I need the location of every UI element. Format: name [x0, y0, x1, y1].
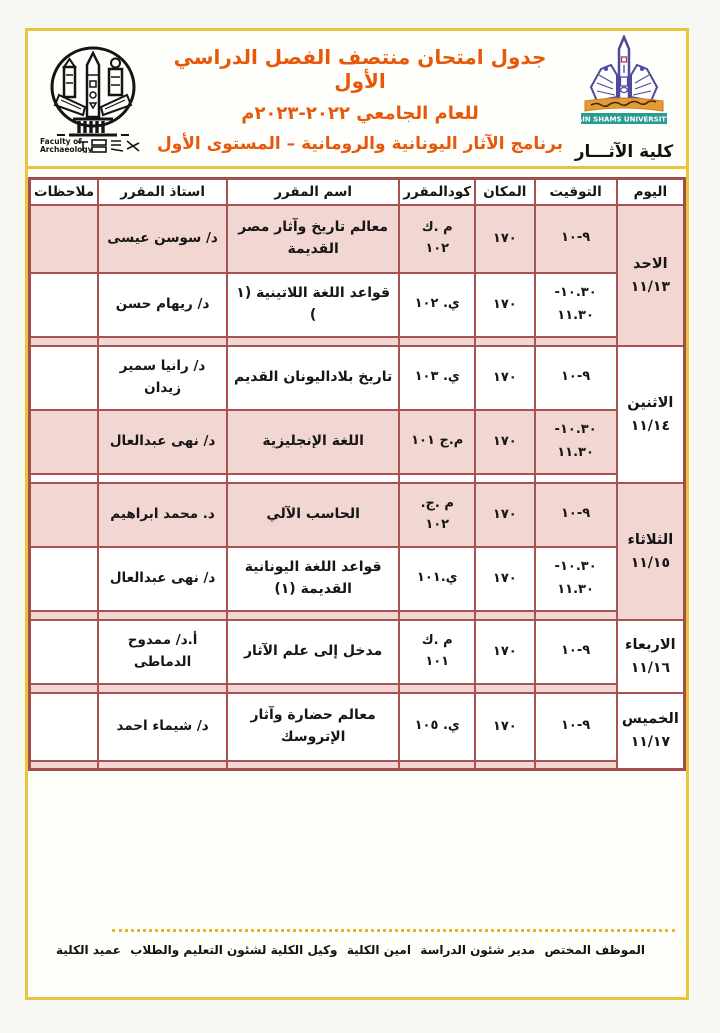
- table-row: الثلاثاء ١١/١٥ ٩-١٠ ١٧٠ م .ج. ١٠٢ الحاسب…: [30, 483, 685, 547]
- cell-time: ٩-١٠: [535, 620, 617, 684]
- col-header-notes: ملاحظات: [30, 179, 99, 205]
- cell-notes: [30, 693, 99, 761]
- cell-time: ٩-١٠: [535, 346, 617, 410]
- cell-course-code: ي. ١٠٣: [399, 346, 475, 410]
- faculty-logo-emblem-icon: Faculty of Archaeology: [39, 45, 147, 153]
- separator-row: [30, 337, 685, 346]
- cell-notes: [30, 205, 99, 273]
- cell-notes: [30, 346, 99, 410]
- day-date: ١١/١٧: [621, 734, 680, 750]
- title-exam-schedule: جدول امتحان منتصف الفصل الدراسي الأول: [152, 45, 568, 93]
- col-header-day: اليوم: [617, 179, 685, 205]
- separator-row: [30, 474, 685, 483]
- cell-professor: د/ رانيا سمير زيدان: [98, 346, 227, 410]
- day-date: ١١/١٤: [621, 418, 680, 434]
- cell-place: ١٧٠: [475, 273, 534, 337]
- cell-professor: د/ نهى عبدالعال: [98, 547, 227, 611]
- exam-schedule-table: اليوم التوقيت المكان كودالمقرر اسم المقر…: [28, 177, 686, 771]
- table-row: الاحد ١١/١٣ ٩-١٠ ١٧٠ م .ك ١٠٢ معالم تاري…: [30, 205, 685, 273]
- day-cell-thursday: الخميس ١١/١٧: [617, 693, 685, 770]
- col-header-place: المكان: [475, 179, 534, 205]
- document-titles: جدول امتحان منتصف الفصل الدراسي الأول لل…: [152, 43, 568, 154]
- cell-time: ٩-١٠: [535, 205, 617, 273]
- day-cell-wednesday: الاربعاء ١١/١٦: [617, 620, 685, 693]
- cell-course-code: ي.١٠١: [399, 547, 475, 611]
- cell-course-name: مدخل إلى علم الآثار: [227, 620, 399, 684]
- cell-place: ١٧٠: [475, 693, 534, 761]
- day-cell-tuesday: الثلاثاء ١١/١٥: [617, 483, 685, 620]
- table-row: الخميس ١١/١٧ ٩-١٠ ١٧٠ ي. ١٠٥ معالم حضارة…: [30, 693, 685, 761]
- table-row: ١٠.٣٠- ١١.٣٠ ١٧٠ ي.١٠١ قواعد اللغة اليون…: [30, 547, 685, 611]
- cell-course-name: قواعد اللغة اليونانية القديمة (١): [227, 547, 399, 611]
- cell-course-code: م .ج. ١٠٢: [399, 483, 475, 547]
- cell-professor: د/ شيماء احمد: [98, 693, 227, 761]
- cell-course-code: ي. ١٠٢: [399, 273, 475, 337]
- signature-vice-dean-education: وكيل الكلية لشئون التعليم والطلاب: [130, 943, 337, 957]
- cell-place: ١٧٠: [475, 483, 534, 547]
- ain-shams-emblem-icon: AIN SHAMS UNIVERSITY: [575, 35, 673, 137]
- signature-labels-row: الموظف المختص مدير شئون الدراسة امين الك…: [34, 932, 680, 957]
- cell-time: ١٠.٣٠- ١١.٣٠: [535, 547, 617, 611]
- cell-course-code: م.ج ١٠١: [399, 410, 475, 474]
- cell-time: ٩-١٠: [535, 693, 617, 761]
- svg-text:AIN SHAMS UNIVERSITY: AIN SHAMS UNIVERSITY: [577, 116, 672, 124]
- cell-professor: د/ ريهام حسن: [98, 273, 227, 337]
- table-row: ١٠.٣٠- ١١.٣٠ ١٧٠ م.ج ١٠١ اللغة الإنجليزي…: [30, 410, 685, 474]
- cell-course-name: الحاسب الآلي: [227, 483, 399, 547]
- cell-place: ١٧٠: [475, 410, 534, 474]
- table-row: الاثنين ١١/١٤ ٩-١٠ ١٧٠ ي. ١٠٣ تاريخ بلاد…: [30, 346, 685, 410]
- day-name: الخميس: [622, 711, 679, 727]
- signature-dean: عميد الكلية: [56, 943, 121, 957]
- cell-time: ٩-١٠: [535, 483, 617, 547]
- svg-text:Archaeology: Archaeology: [40, 145, 93, 153]
- faculty-name-arabic: كلية الآثـــار: [568, 142, 680, 162]
- cell-course-name: قواعد اللغة اللاتينية (١ ): [227, 273, 399, 337]
- footer-section: الموظف المختص مدير شئون الدراسة امين الك…: [28, 929, 686, 957]
- day-date: ١١/١٦: [621, 660, 680, 676]
- cell-course-code: ي. ١٠٥: [399, 693, 475, 761]
- table-row: الاربعاء ١١/١٦ ٩-١٠ ١٧٠ م .ك ١٠١ مدخل إل…: [30, 620, 685, 684]
- cell-course-name: معالم حضارة وآثار الإتروسك: [227, 693, 399, 761]
- signature-faculty-secretary: امين الكلية: [347, 943, 411, 957]
- day-date: ١١/١٥: [621, 555, 680, 571]
- cell-notes: [30, 483, 99, 547]
- day-date: ١١/١٣: [621, 279, 680, 295]
- separator-row: [30, 684, 685, 693]
- day-name: الثلاثاء: [628, 532, 674, 548]
- cell-course-code: م .ك ١٠٢: [399, 205, 475, 273]
- day-name: الاثنين: [627, 395, 673, 411]
- cell-professor: د/ نهى عبدالعال: [98, 410, 227, 474]
- col-header-code: كودالمقرر: [399, 179, 475, 205]
- day-cell-monday: الاثنين ١١/١٤: [617, 346, 685, 483]
- cell-place: ١٧٠: [475, 547, 534, 611]
- cell-professor: د. محمد ابراهيم: [98, 483, 227, 547]
- cell-notes: [30, 273, 99, 337]
- cell-notes: [30, 410, 99, 474]
- cell-time: ١٠.٣٠- ١١.٣٠: [535, 410, 617, 474]
- separator-row: [30, 611, 685, 620]
- day-name: الاحد: [633, 256, 668, 272]
- cell-course-code: م .ك ١٠١: [399, 620, 475, 684]
- cell-course-name: تاريخ بلاداليونان القديم: [227, 346, 399, 410]
- table-row: ١٠.٣٠- ١١.٣٠ ١٧٠ ي. ١٠٢ قواعد اللغة اللا…: [30, 273, 685, 337]
- cell-place: ١٧٠: [475, 205, 534, 273]
- signature-competent-employee: الموظف المختص: [544, 943, 645, 957]
- cell-course-name: اللغة الإنجليزية: [227, 410, 399, 474]
- separator-row: [30, 761, 685, 770]
- signature-director-of-studies: مدير شئون الدراسة: [420, 943, 535, 957]
- cell-place: ١٧٠: [475, 620, 534, 684]
- table-header-row: اليوم التوقيت المكان كودالمقرر اسم المقر…: [30, 179, 685, 205]
- title-academic-year: للعام الجامعي ٢٠٢٢-٢٠٢٣م: [152, 103, 568, 124]
- cell-place: ١٧٠: [475, 346, 534, 410]
- cell-course-name: معالم تاريخ وآثار مصر القديمة: [227, 205, 399, 273]
- cell-professor: د/ سوسن عيسى: [98, 205, 227, 273]
- day-cell-sunday: الاحد ١١/١٣: [617, 205, 685, 346]
- day-name: الاربعاء: [625, 637, 676, 653]
- header-section: Faculty of Archaeology جدول امتحان منتصف…: [28, 31, 686, 169]
- ain-shams-university-logo: AIN SHAMS UNIVERSITY كلية الآثـــار: [568, 35, 680, 162]
- cell-notes: [30, 547, 99, 611]
- col-header-professor: استاذ المقرر: [98, 179, 227, 205]
- col-header-course: اسم المقرر: [227, 179, 399, 205]
- cell-time: ١٠.٣٠- ١١.٣٠: [535, 273, 617, 337]
- col-header-time: التوقيت: [535, 179, 617, 205]
- page-frame: Faculty of Archaeology جدول امتحان منتصف…: [25, 28, 689, 1000]
- cell-notes: [30, 620, 99, 684]
- title-program-level: برنامج الآثار اليونانية والرومانية – الم…: [152, 134, 568, 154]
- cell-professor: أ.د/ ممدوح الدماطى: [98, 620, 227, 684]
- faculty-of-archaeology-logo: Faculty of Archaeology: [34, 45, 152, 153]
- scanned-exam-schedule-page: { "colors": { "gold_border": "#e9c43e", …: [0, 0, 720, 1033]
